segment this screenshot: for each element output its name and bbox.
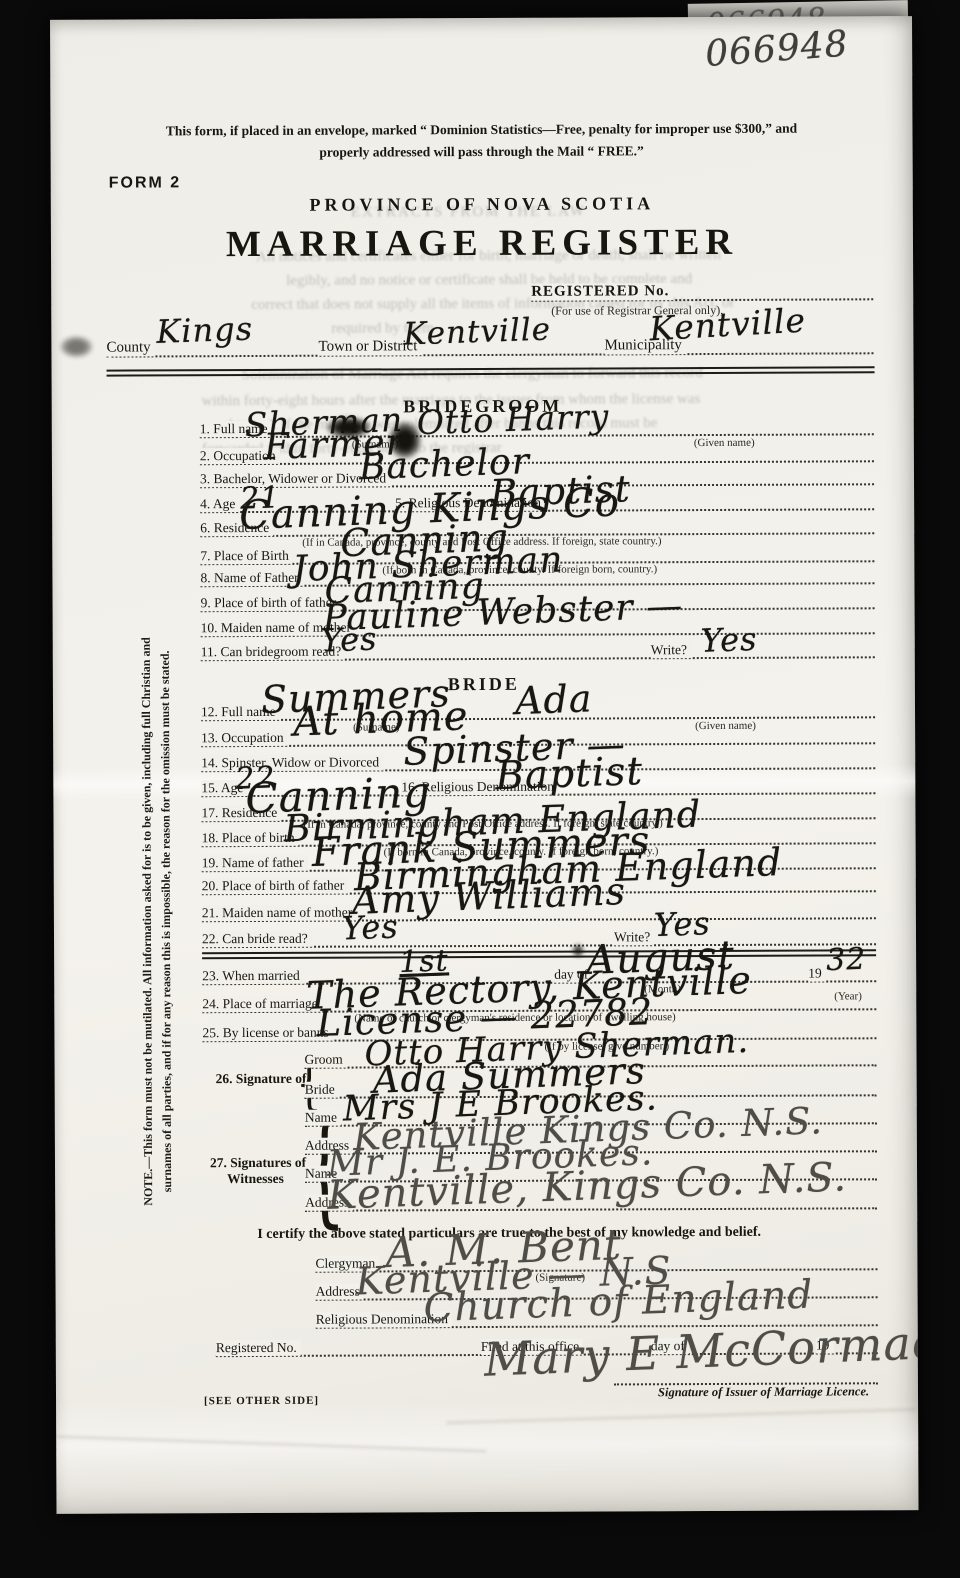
see-other-side-note: [SEE OTHER SIDE] (204, 1395, 319, 1408)
br-can-read-value: Yes (341, 907, 399, 947)
bride-label: Bride (305, 1082, 339, 1098)
signature-of-label: 26. Signature of (216, 1071, 307, 1087)
side-note-vertical: NOTE.—This form must not be mutilated. A… (134, 571, 181, 1271)
year-prefix-label: 19 (808, 966, 826, 982)
ink-smudge (382, 414, 428, 466)
town-value: Kentville (403, 311, 552, 352)
page-title: MARRIAGE REGISTER (51, 220, 913, 267)
paper-crease (56, 1436, 486, 1453)
bg-given-value: Otto Harry (416, 396, 610, 442)
br-occupation-label: 13. Occupation (201, 730, 288, 746)
witness1-name-label: Name (305, 1110, 341, 1126)
bg-can-write-value: Yes (700, 620, 758, 660)
bg-read-write-row: 11. Can bridegroom read? Write? (201, 636, 875, 661)
groom-label: Groom (305, 1052, 347, 1068)
county-value: Kings (156, 309, 254, 350)
form-paper: EXTRACTS FROM THE LAW All notices and ce… (50, 16, 919, 1514)
bg-father-birthplace-label: 9. Place of birth of father (201, 595, 341, 612)
bg-father-label: 8. Name of Father (200, 570, 302, 586)
registered-no-row: REGISTERED No. (531, 278, 873, 301)
bg-write-label: Write? (651, 642, 691, 658)
bg-age-label: 4. Age (200, 496, 239, 512)
section-divider (202, 949, 876, 959)
form-number: FORM 2 (109, 174, 182, 192)
br-religion-value: Baptist (495, 749, 644, 799)
bg-can-read-value: Yes (320, 620, 378, 660)
br-father-birthplace-label: 20. Place of birth of father (202, 878, 349, 895)
ink-smudge (318, 412, 380, 442)
br-can-read-label: 22. Can bride read? (202, 931, 312, 947)
year-value: 32 (826, 942, 867, 978)
issuer-signature-caption: Signature of Issuer of Marriage Licence. (658, 1384, 869, 1400)
county-label: County (106, 339, 154, 356)
side-note-line2: surnames of all parties, and if for any … (155, 571, 177, 1271)
province-title: PROVINCE OF NOVA SCOTIA (51, 192, 913, 217)
place-of-marriage-label: 24. Place of marriage (202, 996, 322, 1013)
br-father-label: 19. Name of father (202, 855, 308, 871)
bride-section-title: BRIDE (53, 672, 915, 697)
serial-number: 066948 (704, 23, 850, 75)
office-registered-no-label: Registered No. (216, 1340, 301, 1356)
br-read-write-row: 22. Can bride read? Write? (202, 923, 876, 948)
ink-dot (570, 942, 586, 960)
when-married-label: 23. When married (202, 968, 304, 984)
br-mother-label: 21. Maiden name of mother (202, 905, 356, 922)
registered-no-label: REGISTERED No. (531, 283, 673, 301)
br-status-label: 14. Spinster, Widow or Divorced (201, 754, 383, 771)
mail-note-line1: This form, if placed in an envelope, mar… (50, 120, 912, 140)
scan-light-band (56, 1398, 918, 1514)
witnesses-label-line1: 27. Signatures of (210, 1155, 306, 1171)
stamp-smudge (53, 332, 99, 362)
mail-note-line2: properly addressed will pass through the… (51, 142, 913, 162)
scanned-marriage-register: 066948 EXTRACTS FROM THE LAW All notices… (0, 0, 960, 1578)
license-label: 25. By license or banns (202, 1025, 332, 1042)
bg-birthplace-label: 7. Place of Birth (200, 548, 293, 564)
br-given-value: Ada (514, 676, 593, 723)
paper-crease (446, 1408, 916, 1424)
witnesses-label-line2: Witnesses (227, 1171, 284, 1187)
